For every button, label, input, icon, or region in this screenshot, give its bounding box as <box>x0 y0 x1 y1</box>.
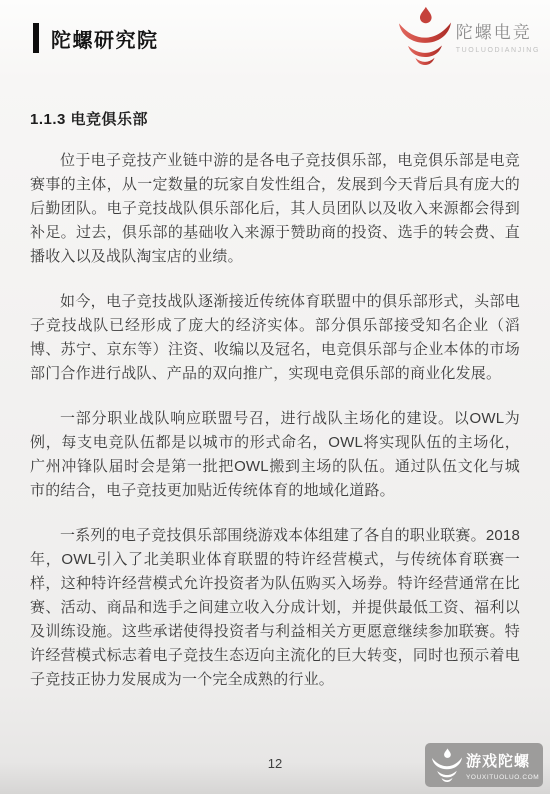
paragraph-2: 如今，电子竞技战队逐渐接近传统体育联盟中的俱乐部形式，头部电子竞技战队已经形成了… <box>30 290 520 386</box>
watermark-name: 游戏陀螺 <box>466 750 539 771</box>
spinning-top-icon <box>399 6 451 65</box>
watermark-badge: 游戏陀螺 YOUXITUOLUO.COM <box>425 743 543 787</box>
brand-name: 陀螺电竞 <box>456 18 540 43</box>
paragraph-1: 位于电子竞技产业链中游的是各电子竞技俱乐部，电竞俱乐部是电竞赛事的主体，从一定数… <box>30 149 520 269</box>
brand-subtitle: TUOLUODIANJING <box>456 47 540 54</box>
section-heading: 1.1.3 电竞俱乐部 <box>30 108 520 129</box>
document-body: 1.1.3 电竞俱乐部 位于电子竞技产业链中游的是各电子竞技俱乐部，电竞俱乐部是… <box>30 108 520 713</box>
document-page: 陀螺研究院 陀螺电竞 TUOLUODIANJING <box>0 0 550 794</box>
brand-logo: 陀螺电竞 TUOLUODIANJING <box>399 6 544 65</box>
spinning-top-icon <box>432 748 462 782</box>
institute-title: 陀螺研究院 <box>51 24 159 53</box>
paragraph-3: 一部分职业战队响应联盟号召，进行战队主场化的建设。以OWL为例，每支电竞队伍都是… <box>30 407 520 503</box>
watermark-url: YOUXITUOLUO.COM <box>466 774 539 781</box>
header-accent-bar <box>33 23 39 53</box>
paragraph-4: 一系列的电子竞技俱乐部围绕游戏本体组建了各自的职业联赛。2018年，OWL引入了… <box>30 524 520 692</box>
